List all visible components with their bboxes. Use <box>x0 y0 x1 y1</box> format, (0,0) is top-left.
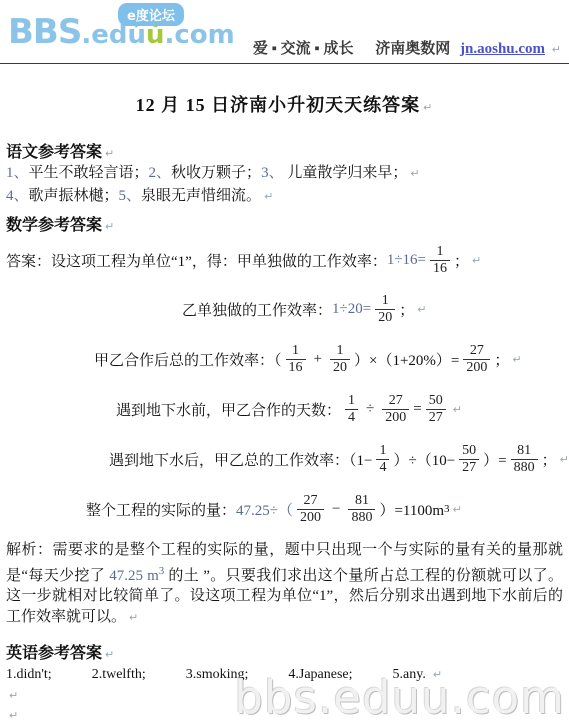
english-answer: 2.twelfth; <box>92 664 146 685</box>
answer-number: 4、 <box>6 188 29 204</box>
math-text: = <box>413 401 421 418</box>
math-text: 整个工程的实际的量： <box>86 499 236 520</box>
answer-text: 秋收万颗子； <box>171 165 261 181</box>
answer-number: 3、 <box>261 165 284 181</box>
math-text: ； <box>454 250 469 271</box>
paragraph-mark-icon: ↵ <box>105 220 114 233</box>
fraction: 27200 <box>463 343 490 375</box>
english-answer: 1.didn't; <box>6 664 52 685</box>
fraction-numerator: 50 <box>459 443 479 459</box>
math-line-1: 答案：设这项工程为单位“1”，得：甲单独做的工作效率：1÷16=116；↵ <box>6 237 563 283</box>
fraction-numerator: 50 <box>426 393 446 409</box>
fraction-denominator: 27 <box>426 410 446 425</box>
english-answer: 5.any. <box>393 664 426 685</box>
paragraph-mark-icon: ↵ <box>9 709 18 722</box>
english-answers-line: 1.didn't;2.twelfth;3.smoking;4.Japanese;… <box>6 664 563 685</box>
fraction-numerator: 27 <box>297 493 324 509</box>
paragraph-mark-icon: ↵ <box>129 611 138 624</box>
math-text: ； <box>542 449 557 470</box>
math-section-heading: 数学参考答案↵ <box>6 212 563 235</box>
fraction: 14 <box>376 443 389 475</box>
analysis-paragraph: 解析：需要求的是整个工程的实际的量，题中只出现一个与实际的量有关的量那就是“每天… <box>6 540 563 628</box>
math-line-5: 遇到地下水后，甲乙总的工作效率：（1−14）÷（10−5027）=81880；↵ <box>109 435 563 483</box>
fraction-denominator: 4 <box>345 410 358 425</box>
math-operator: + <box>314 351 322 368</box>
fraction: 120 <box>330 343 350 375</box>
paragraph-mark-icon: ↵ <box>472 254 481 267</box>
empty-paragraph: ↵ <box>6 705 563 724</box>
math-line-3: 甲乙合作后总的工作效率：（116+120）×（1+20%）=27200；↵ <box>94 335 563 383</box>
math-expression: 1÷20= <box>332 301 371 318</box>
fraction: 5027 <box>426 393 446 425</box>
fraction-denominator: 16 <box>430 261 450 276</box>
answer-text: 歌声振林樾； <box>29 188 119 204</box>
fraction-numerator: 1 <box>376 443 389 459</box>
chinese-answers-line-1: 1、平生不敢轻言语；2、秋收万颗子；3、 儿童散学归来早；↵ <box>6 162 563 185</box>
fraction-denominator: 200 <box>382 410 409 425</box>
english-section-heading-text: 英语参考答案 <box>6 645 102 662</box>
math-text: 遇到地下水后，甲乙总的工作效率：（1− <box>109 449 372 470</box>
fraction-denominator: 27 <box>459 460 479 475</box>
analysis-value: 47.25 m <box>109 568 159 584</box>
answer-number: 1、 <box>6 165 29 181</box>
fraction: 116 <box>286 343 306 375</box>
slogan-text: 爱 ▪ 交流 ▪ 成长 <box>253 41 354 57</box>
paragraph-mark-icon: ↵ <box>105 648 114 661</box>
forum-badge-label: e度论坛 <box>127 9 175 24</box>
answer-text: 平生不敢轻言语； <box>29 165 149 181</box>
math-operator: − <box>332 501 340 518</box>
paragraph-mark-icon: ↵ <box>560 453 569 466</box>
paragraph-mark-icon: ↵ <box>433 668 442 681</box>
math-text: 甲乙合作后总的工作效率：（ <box>94 349 282 370</box>
math-text: ； <box>399 299 414 320</box>
fraction: 81880 <box>348 493 375 525</box>
page-title: 12 月 15 日济南小升初天天练答案↵ <box>6 91 563 117</box>
english-answer: 4.Japanese; <box>288 664 352 685</box>
chinese-section-heading: 语文参考答案↵ <box>6 139 563 162</box>
paragraph-mark-icon: ↵ <box>453 503 462 516</box>
math-text: ）=1100m <box>379 499 444 520</box>
paragraph-mark-icon: ↵ <box>105 147 114 160</box>
fraction-numerator: 1 <box>330 343 350 359</box>
fraction: 120 <box>375 293 395 325</box>
fraction-denominator: 200 <box>297 510 324 525</box>
answer-text: 儿童散学归来早； <box>284 165 408 181</box>
paragraph-mark-icon: ↵ <box>453 403 462 416</box>
fraction: 81880 <box>511 443 538 475</box>
answer-text: 泉眼无声惜细流。 <box>141 188 261 204</box>
paragraph-mark-icon: ↵ <box>423 101 433 114</box>
fraction-denominator: 20 <box>375 310 395 325</box>
chinese-section-heading-text: 语文参考答案 <box>6 144 102 161</box>
chinese-answers-line-2: 4、歌声振林樾；5、泉眼无声惜细流。↵ <box>6 185 563 208</box>
math-line-6: 整个工程的实际的量：47.25÷（27200−81880）=1100m3↵ <box>86 485 563 533</box>
paragraph-mark-icon: ↵ <box>512 353 521 366</box>
math-text: 遇到地下水前，甲乙合作的天数： <box>116 399 341 420</box>
logo-bbs-text: BBS <box>8 12 81 52</box>
math-expression: 1÷16= <box>387 252 426 269</box>
fraction-numerator: 1 <box>345 393 358 409</box>
header: BBS.eduǔ.com e度论坛 爱 ▪ 交流 ▪ 成长 济南奥数网 jn.a… <box>0 0 569 64</box>
math-section-heading-text: 数学参考答案 <box>6 217 102 234</box>
paragraph-mark-icon: ↵ <box>410 167 419 180</box>
math-text: ）= <box>483 449 506 470</box>
forum-badge: e度论坛 <box>118 3 184 26</box>
fraction-numerator: 1 <box>286 343 306 359</box>
fraction-numerator: 27 <box>382 393 409 409</box>
fraction-denominator: 200 <box>463 360 490 375</box>
fraction-numerator: 1 <box>375 293 395 309</box>
fraction: 27200 <box>297 493 324 525</box>
superscript: 3 <box>444 503 450 515</box>
site-link[interactable]: jn.aoshu.com <box>460 41 545 57</box>
paragraph-mark-icon: ↵ <box>9 689 18 702</box>
math-text: ）×（1+20%）= <box>354 349 459 370</box>
document-body: 12 月 15 日济南小升初天天练答案↵ 语文参考答案↵ 1、平生不敢轻言语；2… <box>0 91 569 724</box>
math-text: ）÷（10− <box>393 449 455 470</box>
math-text: 乙单独做的工作效率： <box>182 299 332 320</box>
fraction-denominator: 880 <box>348 510 375 525</box>
english-section-heading: 英语参考答案↵ <box>6 640 563 663</box>
empty-paragraph: ↵ <box>6 685 563 705</box>
fraction-numerator: 1 <box>430 244 450 260</box>
answer-number: 5、 <box>119 188 142 204</box>
fraction-numerator: 27 <box>463 343 490 359</box>
fraction: 5027 <box>459 443 479 475</box>
math-line-2: 乙单独做的工作效率：1÷20=120；↵ <box>182 285 563 333</box>
fraction-numerator: 81 <box>348 493 375 509</box>
math-text: 答案：设这项工程为单位“1”，得：甲单独做的工作效率： <box>6 250 387 271</box>
site-name: 济南奥数网 <box>375 41 450 57</box>
paragraph-mark-icon: ↵ <box>264 190 273 203</box>
fraction-denominator: 20 <box>330 360 350 375</box>
answer-number: 2、 <box>149 165 172 181</box>
math-text: ； <box>494 349 509 370</box>
fraction-numerator: 81 <box>511 443 538 459</box>
paragraph-mark-icon: ↵ <box>552 43 561 56</box>
fraction-denominator: 4 <box>376 460 389 475</box>
paragraph-mark-icon: ↵ <box>417 303 426 316</box>
page-title-text: 12 月 15 日济南小升初天天练答案 <box>136 95 421 115</box>
fraction: 14 <box>345 393 358 425</box>
header-slogan-bar: 爱 ▪ 交流 ▪ 成长 济南奥数网 jn.aoshu.com ↵ <box>253 37 561 58</box>
math-operator: ÷ <box>366 401 374 418</box>
fraction-denominator: 16 <box>286 360 306 375</box>
english-answer: 3.smoking; <box>186 664 249 685</box>
fraction: 27200 <box>382 393 409 425</box>
math-expression: 47.25÷（ <box>236 499 293 520</box>
math-line-4: 遇到地下水前，甲乙合作的天数：14÷27200=5027↵ <box>116 385 563 433</box>
fraction-denominator: 880 <box>511 460 538 475</box>
fraction: 116 <box>430 244 450 276</box>
